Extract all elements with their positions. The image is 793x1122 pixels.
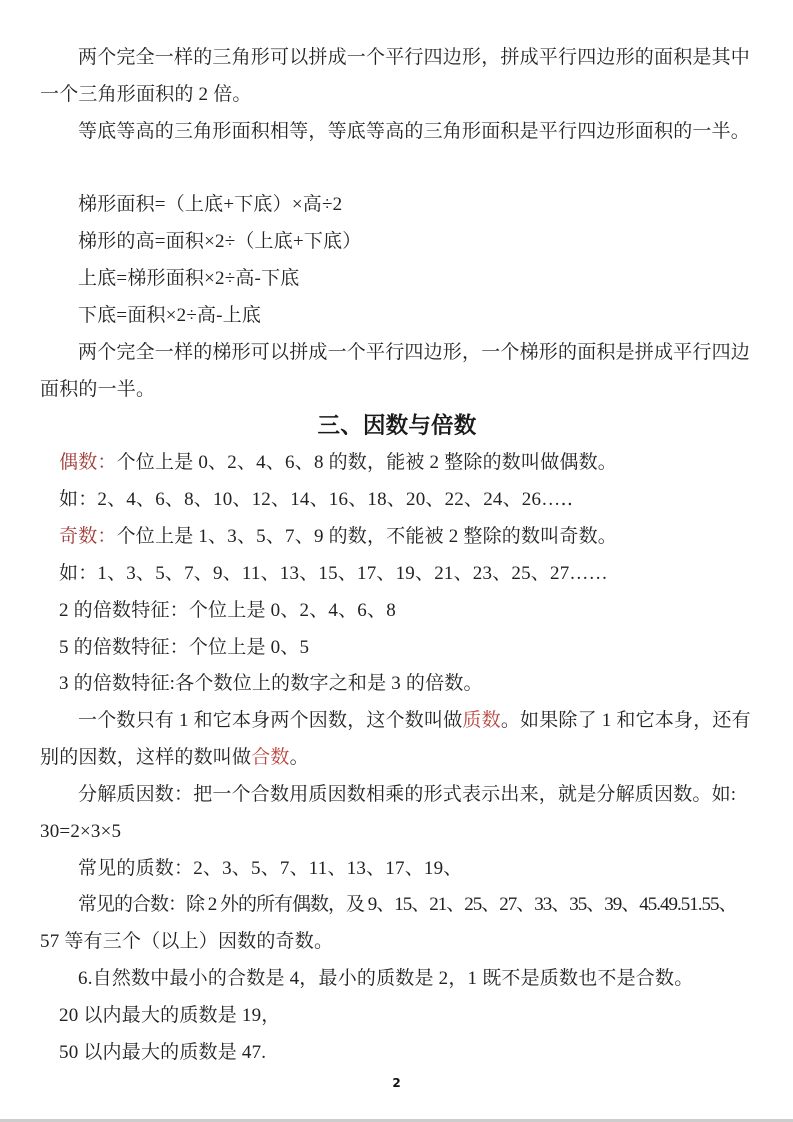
highlighted-term: 奇数：: [59, 526, 117, 547]
text-segment: 如：2、4、6、8、10、12、14、16、18、20、22、24、26…‥: [59, 489, 573, 510]
text-line: 常见的质数：2、3、5、7、11、13、17、19、: [40, 851, 754, 888]
text-line: 如：2、4、6、8、10、12、14、16、18、20、22、24、26…‥: [40, 482, 754, 519]
text-segment: 一个数只有 1 和它本身两个因数，这个数叫做: [78, 710, 462, 731]
text-segment: 两个完全一样的梯形可以拼成一个平行四边形，一个梯形的面积是拼成平行四边: [78, 342, 750, 363]
text-line: 偶数：个位上是 0、2、4、6、8 的数，能被 2 整除的数叫做偶数。: [40, 445, 754, 482]
text-segment: 20 以内最大的质数是 19，: [59, 1005, 281, 1026]
text-segment: 。如果除了 1 和它本身，还有: [501, 710, 751, 731]
text-line: 一个数只有 1 和它本身两个因数，这个数叫做质数。如果除了 1 和它本身，还有: [40, 703, 754, 740]
section-title: 三、因数与倍数: [40, 408, 754, 445]
text-line: 3 的倍数特征:各个数位上的数字之和是 3 的倍数。: [40, 666, 754, 703]
document-page: 两个完全一样的三角形可以拼成一个平行四边形，拼成平行四边形的面积是其中一个三角形…: [0, 0, 793, 1122]
text-segment: 常见的合数：除 2 外的所有偶数，及 9、15、21、25、27、33、35、3…: [78, 894, 737, 915]
text-line: 一个三角形面积的 2 倍。: [40, 77, 754, 114]
text-segment: 三、因数与倍数: [318, 413, 477, 438]
text-segment: 等底等高的三角形面积相等，等底等高的三角形面积是平行四边形面积的一半。: [78, 121, 750, 142]
text-line: 面积的一半。: [40, 372, 754, 409]
text-segment: 5 的倍数特征：个位上是 0、5: [59, 637, 309, 658]
text-segment: 如：1、3、5、7、9、11、13、15、17、19、21、23、25、27……: [59, 563, 608, 584]
text-line: 常见的合数：除 2 外的所有偶数，及 9、15、21、25、27、33、35、3…: [40, 887, 754, 924]
text-segment: 个位上是 1、3、5、7、9 的数，不能被 2 整除的数叫奇数。: [117, 526, 617, 547]
text-segment: 个位上是 0、2、4、6、8 的数，能被 2 整除的数叫做偶数。: [117, 452, 617, 473]
text-line: 奇数：个位上是 1、3、5、7、9 的数，不能被 2 整除的数叫奇数。: [40, 519, 754, 556]
text-line: 等底等高的三角形面积相等，等底等高的三角形面积是平行四边形面积的一半。: [40, 114, 754, 151]
text-segment: 面积的一半。: [40, 379, 155, 400]
text-segment: 常见的质数：2、3、5、7、11、13、17、19、: [78, 858, 463, 879]
text-segment: 两个完全一样的三角形可以拼成一个平行四边形，拼成平行四边形的面积是其中: [78, 47, 750, 68]
text-line: 6.自然数中最小的合数是 4，最小的质数是 2，1 既不是质数也不是合数。: [40, 961, 754, 998]
highlighted-term: 偶数：: [59, 452, 117, 473]
text-segment: 2 的倍数特征：个位上是 0、2、4、6、8: [59, 600, 396, 621]
text-line: 两个完全一样的三角形可以拼成一个平行四边形，拼成平行四边形的面积是其中: [40, 40, 754, 77]
text-segment: 梯形面积=（上底+下底）×高÷2: [78, 194, 342, 215]
text-line: 5 的倍数特征：个位上是 0、5: [40, 630, 754, 667]
text-line: 别的因数，这样的数叫做合数。: [40, 740, 754, 777]
blank-line: [40, 151, 754, 188]
text-line: 两个完全一样的梯形可以拼成一个平行四边形，一个梯形的面积是拼成平行四边: [40, 335, 754, 372]
text-segment: 上底=梯形面积×2÷高-下底: [78, 268, 300, 289]
highlighted-term: 质数: [462, 710, 500, 731]
text-line: 50 以内最大的质数是 47.: [40, 1035, 754, 1072]
text-line: 梯形面积=（上底+下底）×高÷2: [40, 187, 754, 224]
text-line: 如：1、3、5、7、9、11、13、15、17、19、21、23、25、27……: [40, 556, 754, 593]
text-segment: 分解质因数：把一个合数用质因数相乘的形式表示出来，就是分解质因数。如:: [78, 784, 736, 805]
text-segment: 下底=面积×2÷高-上底: [78, 305, 261, 326]
text-segment: 6.自然数中最小的合数是 4，最小的质数是 2，1 既不是质数也不是合数。: [78, 968, 693, 989]
text-segment: 57 等有三个（以上）因数的奇数。: [40, 931, 333, 952]
text-line: 分解质因数：把一个合数用质因数相乘的形式表示出来，就是分解质因数。如:: [40, 777, 754, 814]
text-line: 30=2×3×5: [40, 814, 754, 851]
text-segment: 。: [290, 747, 309, 768]
text-line: 下底=面积×2÷高-上底: [40, 298, 754, 335]
text-segment: 一个三角形面积的 2 倍。: [40, 84, 252, 105]
text-segment: 50 以内最大的质数是 47.: [59, 1042, 266, 1063]
text-segment: 别的因数，这样的数叫做: [40, 747, 251, 768]
text-line: 梯形的高=面积×2÷（上底+下底）: [40, 224, 754, 261]
text-line: 上底=梯形面积×2÷高-下底: [40, 261, 754, 298]
text-segment: 3 的倍数特征:各个数位上的数字之和是 3 的倍数。: [59, 673, 483, 694]
text-segment: 30=2×3×5: [40, 821, 121, 842]
page-number: 2: [0, 1076, 793, 1090]
document-content: 两个完全一样的三角形可以拼成一个平行四边形，拼成平行四边形的面积是其中一个三角形…: [40, 40, 754, 1072]
text-segment: 梯形的高=面积×2÷（上底+下底）: [78, 231, 361, 252]
text-line: 20 以内最大的质数是 19，: [40, 998, 754, 1035]
text-line: 57 等有三个（以上）因数的奇数。: [40, 924, 754, 961]
text-line: 2 的倍数特征：个位上是 0、2、4、6、8: [40, 593, 754, 630]
highlighted-term: 合数: [251, 747, 289, 768]
